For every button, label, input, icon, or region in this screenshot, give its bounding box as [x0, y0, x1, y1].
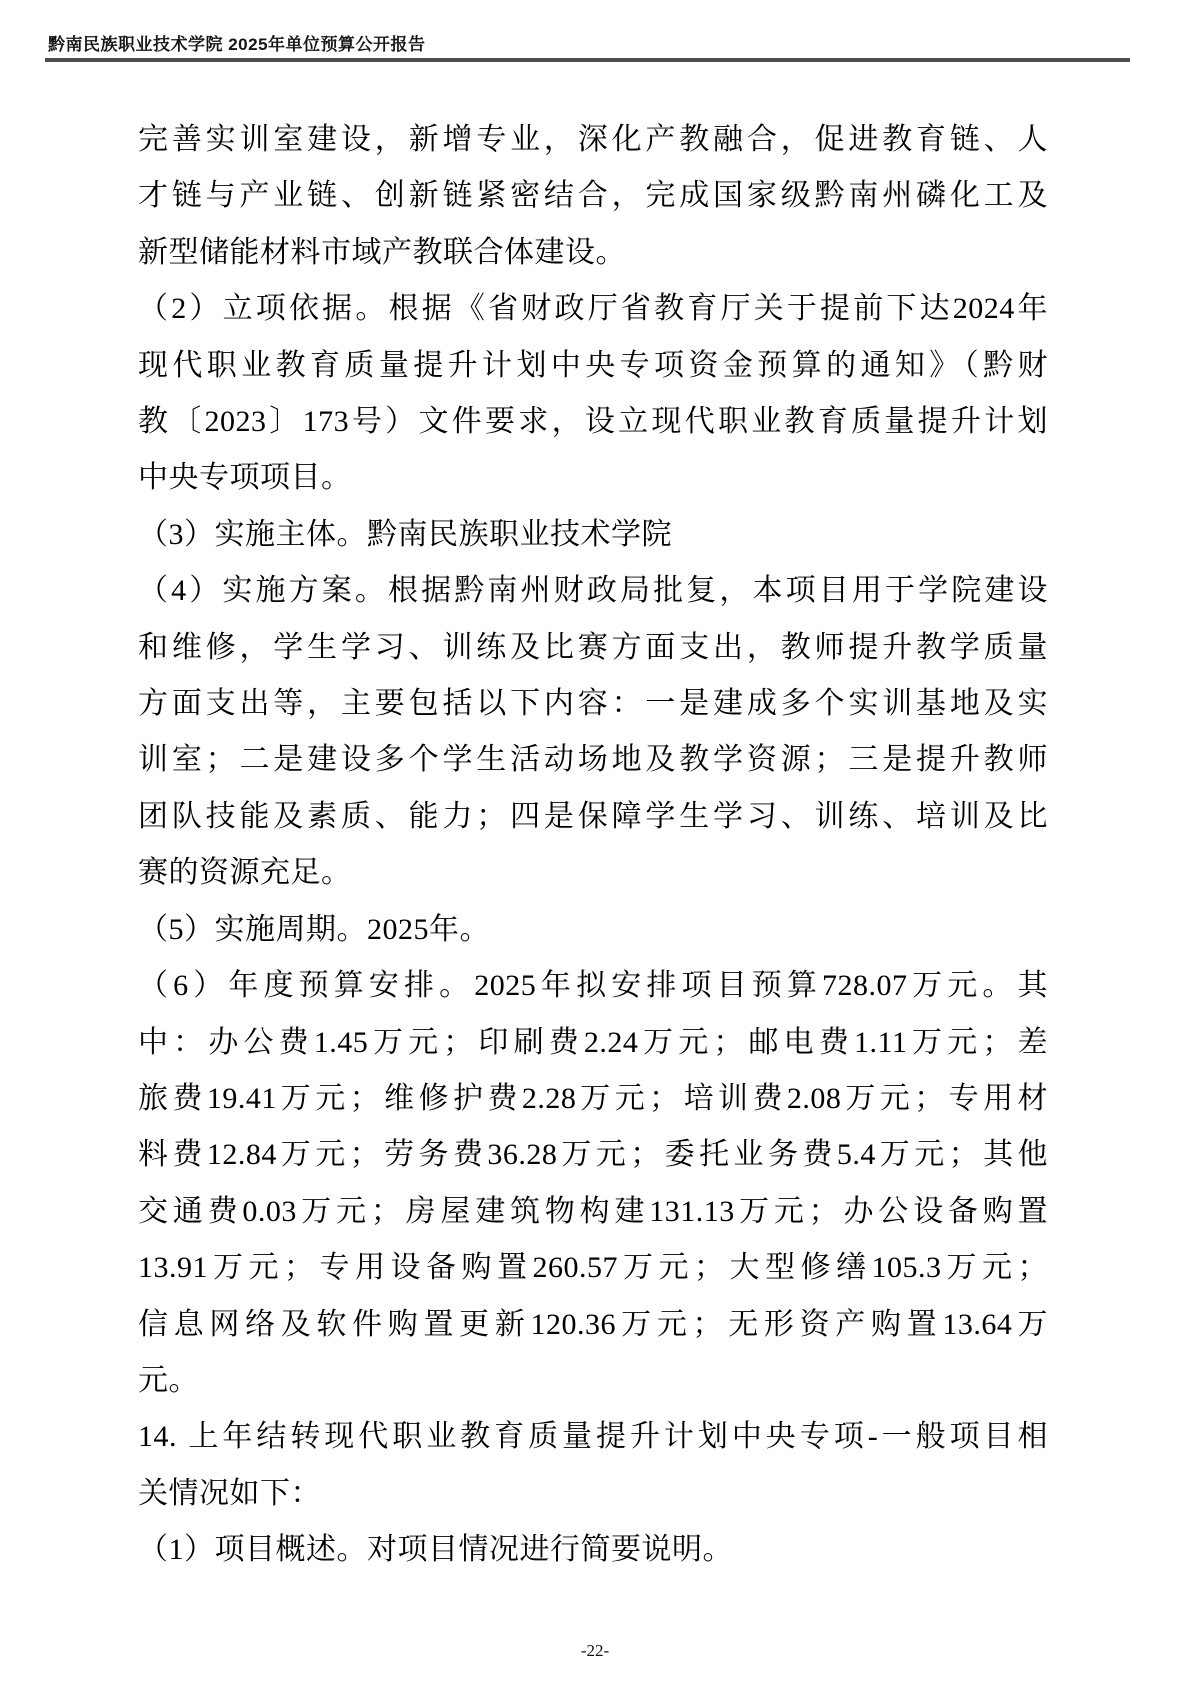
text-line: 关情况如下： — [138, 1466, 1048, 1522]
text-line: 现代职业教育质量提升计划中央专项资金预算的通知》（黔财 — [138, 338, 1048, 394]
text-line: 13.91万元；专用设备购置260.57万元；大型修缮105.3万元； — [138, 1240, 1048, 1296]
text-line: （1）项目概述。对项目情况进行简要说明。 — [138, 1522, 1048, 1578]
text-line: 旅费19.41万元；维修护费2.28万元；培训费2.08万元；专用材 — [138, 1071, 1048, 1127]
text-line: 教〔2023〕173号）文件要求，设立现代职业教育质量提升计划 — [138, 394, 1048, 450]
text-line: （2）立项依据。根据《省财政厅省教育厅关于提前下达2024年 — [138, 281, 1048, 337]
text-line: 团队技能及素质、能力；四是保障学生学习、训练、培训及比 — [138, 789, 1048, 845]
text-line: 中：办公费1.45万元；印刷费2.24万元；邮电费1.11万元；差 — [138, 1015, 1048, 1071]
header-rule — [45, 58, 1130, 62]
text-line: 新型储能材料市域产教联合体建设。 — [138, 225, 1048, 281]
text-line: 和维修，学生学习、训练及比赛方面支出，教师提升教学质量 — [138, 620, 1048, 676]
text-line: 14. 上年结转现代职业教育质量提升计划中央专项-一般项目相 — [138, 1409, 1048, 1465]
text-line: 训室；二是建设多个学生活动场地及教学资源；三是提升教师 — [138, 732, 1048, 788]
text-line: （4）实施方案。根据黔南州财政局批复，本项目用于学院建设 — [138, 563, 1048, 619]
text-line: （3）实施主体。黔南民族职业技术学院 — [138, 507, 1048, 563]
text-line: 交通费0.03万元；房屋建筑物构建131.13万元；办公设备购置 — [138, 1184, 1048, 1240]
page-number: -22- — [0, 1641, 1190, 1661]
text-line: 信息网络及软件购置更新120.36万元；无形资产购置13.64万 — [138, 1297, 1048, 1353]
document-page: 黔南民族职业技术学院 2025年单位预算公开报告 完善实训室建设，新增专业，深化… — [0, 0, 1190, 1684]
text-line: 方面支出等，主要包括以下内容：一是建成多个实训基地及实 — [138, 676, 1048, 732]
text-line: 元。 — [138, 1353, 1048, 1409]
text-line: 完善实训室建设，新增专业，深化产教融合，促进教育链、人 — [138, 112, 1048, 168]
text-line: 料费12.84万元；劳务费36.28万元；委托业务费5.4万元；其他 — [138, 1127, 1048, 1183]
text-line: 才链与产业链、创新链紧密结合，完成国家级黔南州磷化工及 — [138, 168, 1048, 224]
text-line: （5）实施周期。2025年。 — [138, 902, 1048, 958]
text-line: 赛的资源充足。 — [138, 845, 1048, 901]
text-line: 中央专项项目。 — [138, 450, 1048, 506]
text-line: （6）年度预算安排。2025年拟安排项目预算728.07万元。其 — [138, 958, 1048, 1014]
page-header-title: 黔南民族职业技术学院 2025年单位预算公开报告 — [48, 30, 426, 55]
body-text: 完善实训室建设，新增专业，深化产教融合，促进教育链、人才链与产业链、创新链紧密结… — [138, 112, 1048, 1579]
